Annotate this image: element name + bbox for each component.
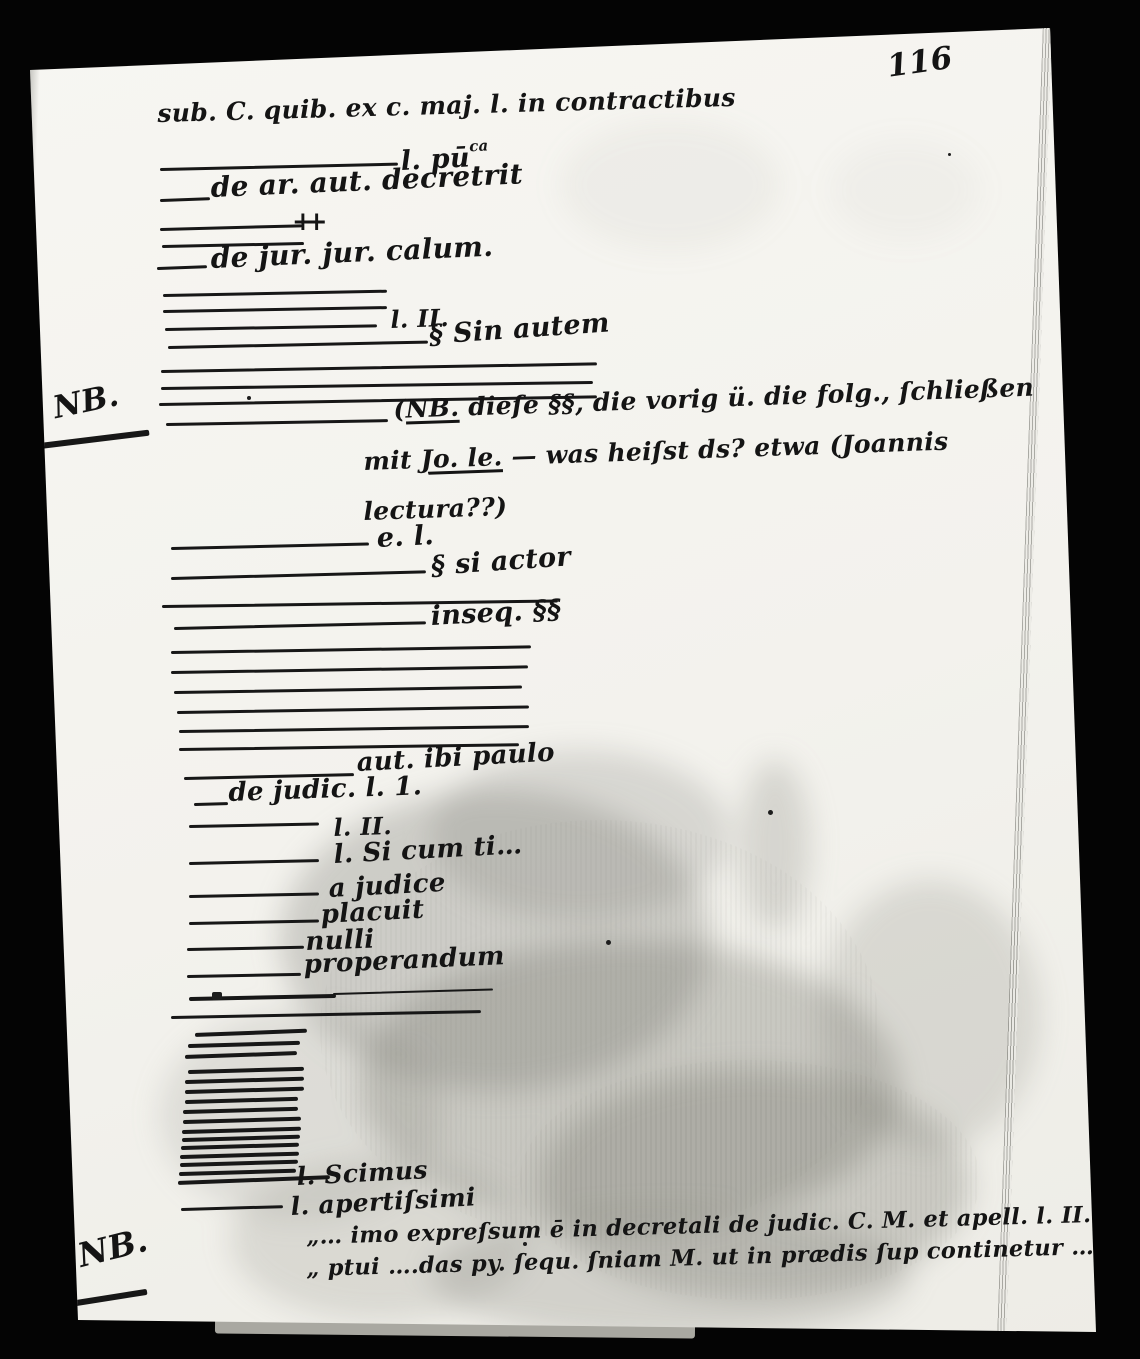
ink-speck — [948, 153, 951, 156]
ink-speck — [768, 810, 773, 815]
nb-note2-pre: mit — [363, 445, 421, 476]
stain-blob — [830, 140, 980, 240]
ink-speck — [523, 1242, 527, 1246]
ink-blot — [212, 992, 222, 1000]
stain-blob — [560, 120, 780, 250]
ink-speck — [247, 396, 251, 400]
ink-speck — [606, 940, 611, 945]
manuscript-page: 116 NB. NB. sub. C. quib. ex c. maj. l. … — [0, 0, 1140, 1359]
nb-note-nb: NB. — [405, 393, 460, 424]
page-left-edge — [0, 68, 40, 1323]
double-cross-mark: ++ — [292, 208, 320, 238]
nb-note2-ref: Jo. le. — [420, 442, 503, 474]
scan-background: 116 NB. NB. sub. C. quib. ex c. maj. l. … — [0, 0, 1140, 1359]
lex-prima-superscript: ca — [469, 136, 489, 155]
handwriting-e-l: e. l. — [376, 520, 435, 554]
